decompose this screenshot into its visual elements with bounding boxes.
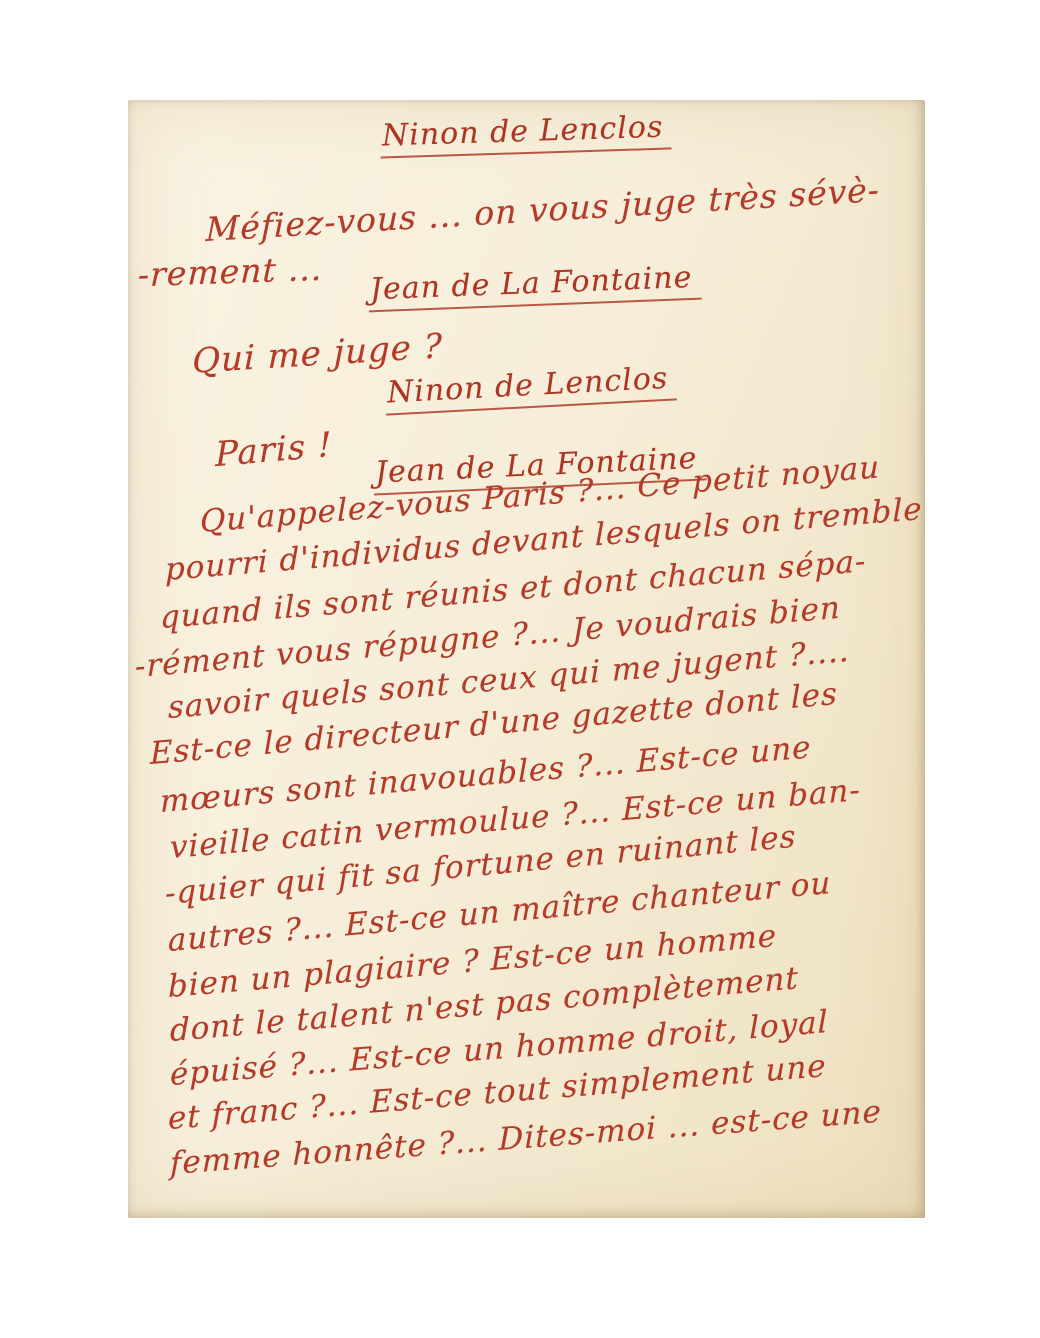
speaker-heading-ninon-1: Ninon de Lenclos xyxy=(379,109,672,158)
dialogue-line: Qui me juge ? xyxy=(192,326,443,381)
dialogue-line: Méfiez-vous ... on vous juge très sévè- xyxy=(205,170,880,249)
manuscript-paper: Ninon de Lenclos Méfiez-vous ... on vous… xyxy=(128,100,925,1218)
speaker-heading-ninon-2: Ninon de Lenclos xyxy=(384,360,677,415)
dialogue-line: Paris ! xyxy=(215,425,333,475)
dialogue-line: -rement ... xyxy=(137,249,323,295)
speaker-heading-lafontaine-1: Jean de La Fontaine xyxy=(367,260,701,313)
